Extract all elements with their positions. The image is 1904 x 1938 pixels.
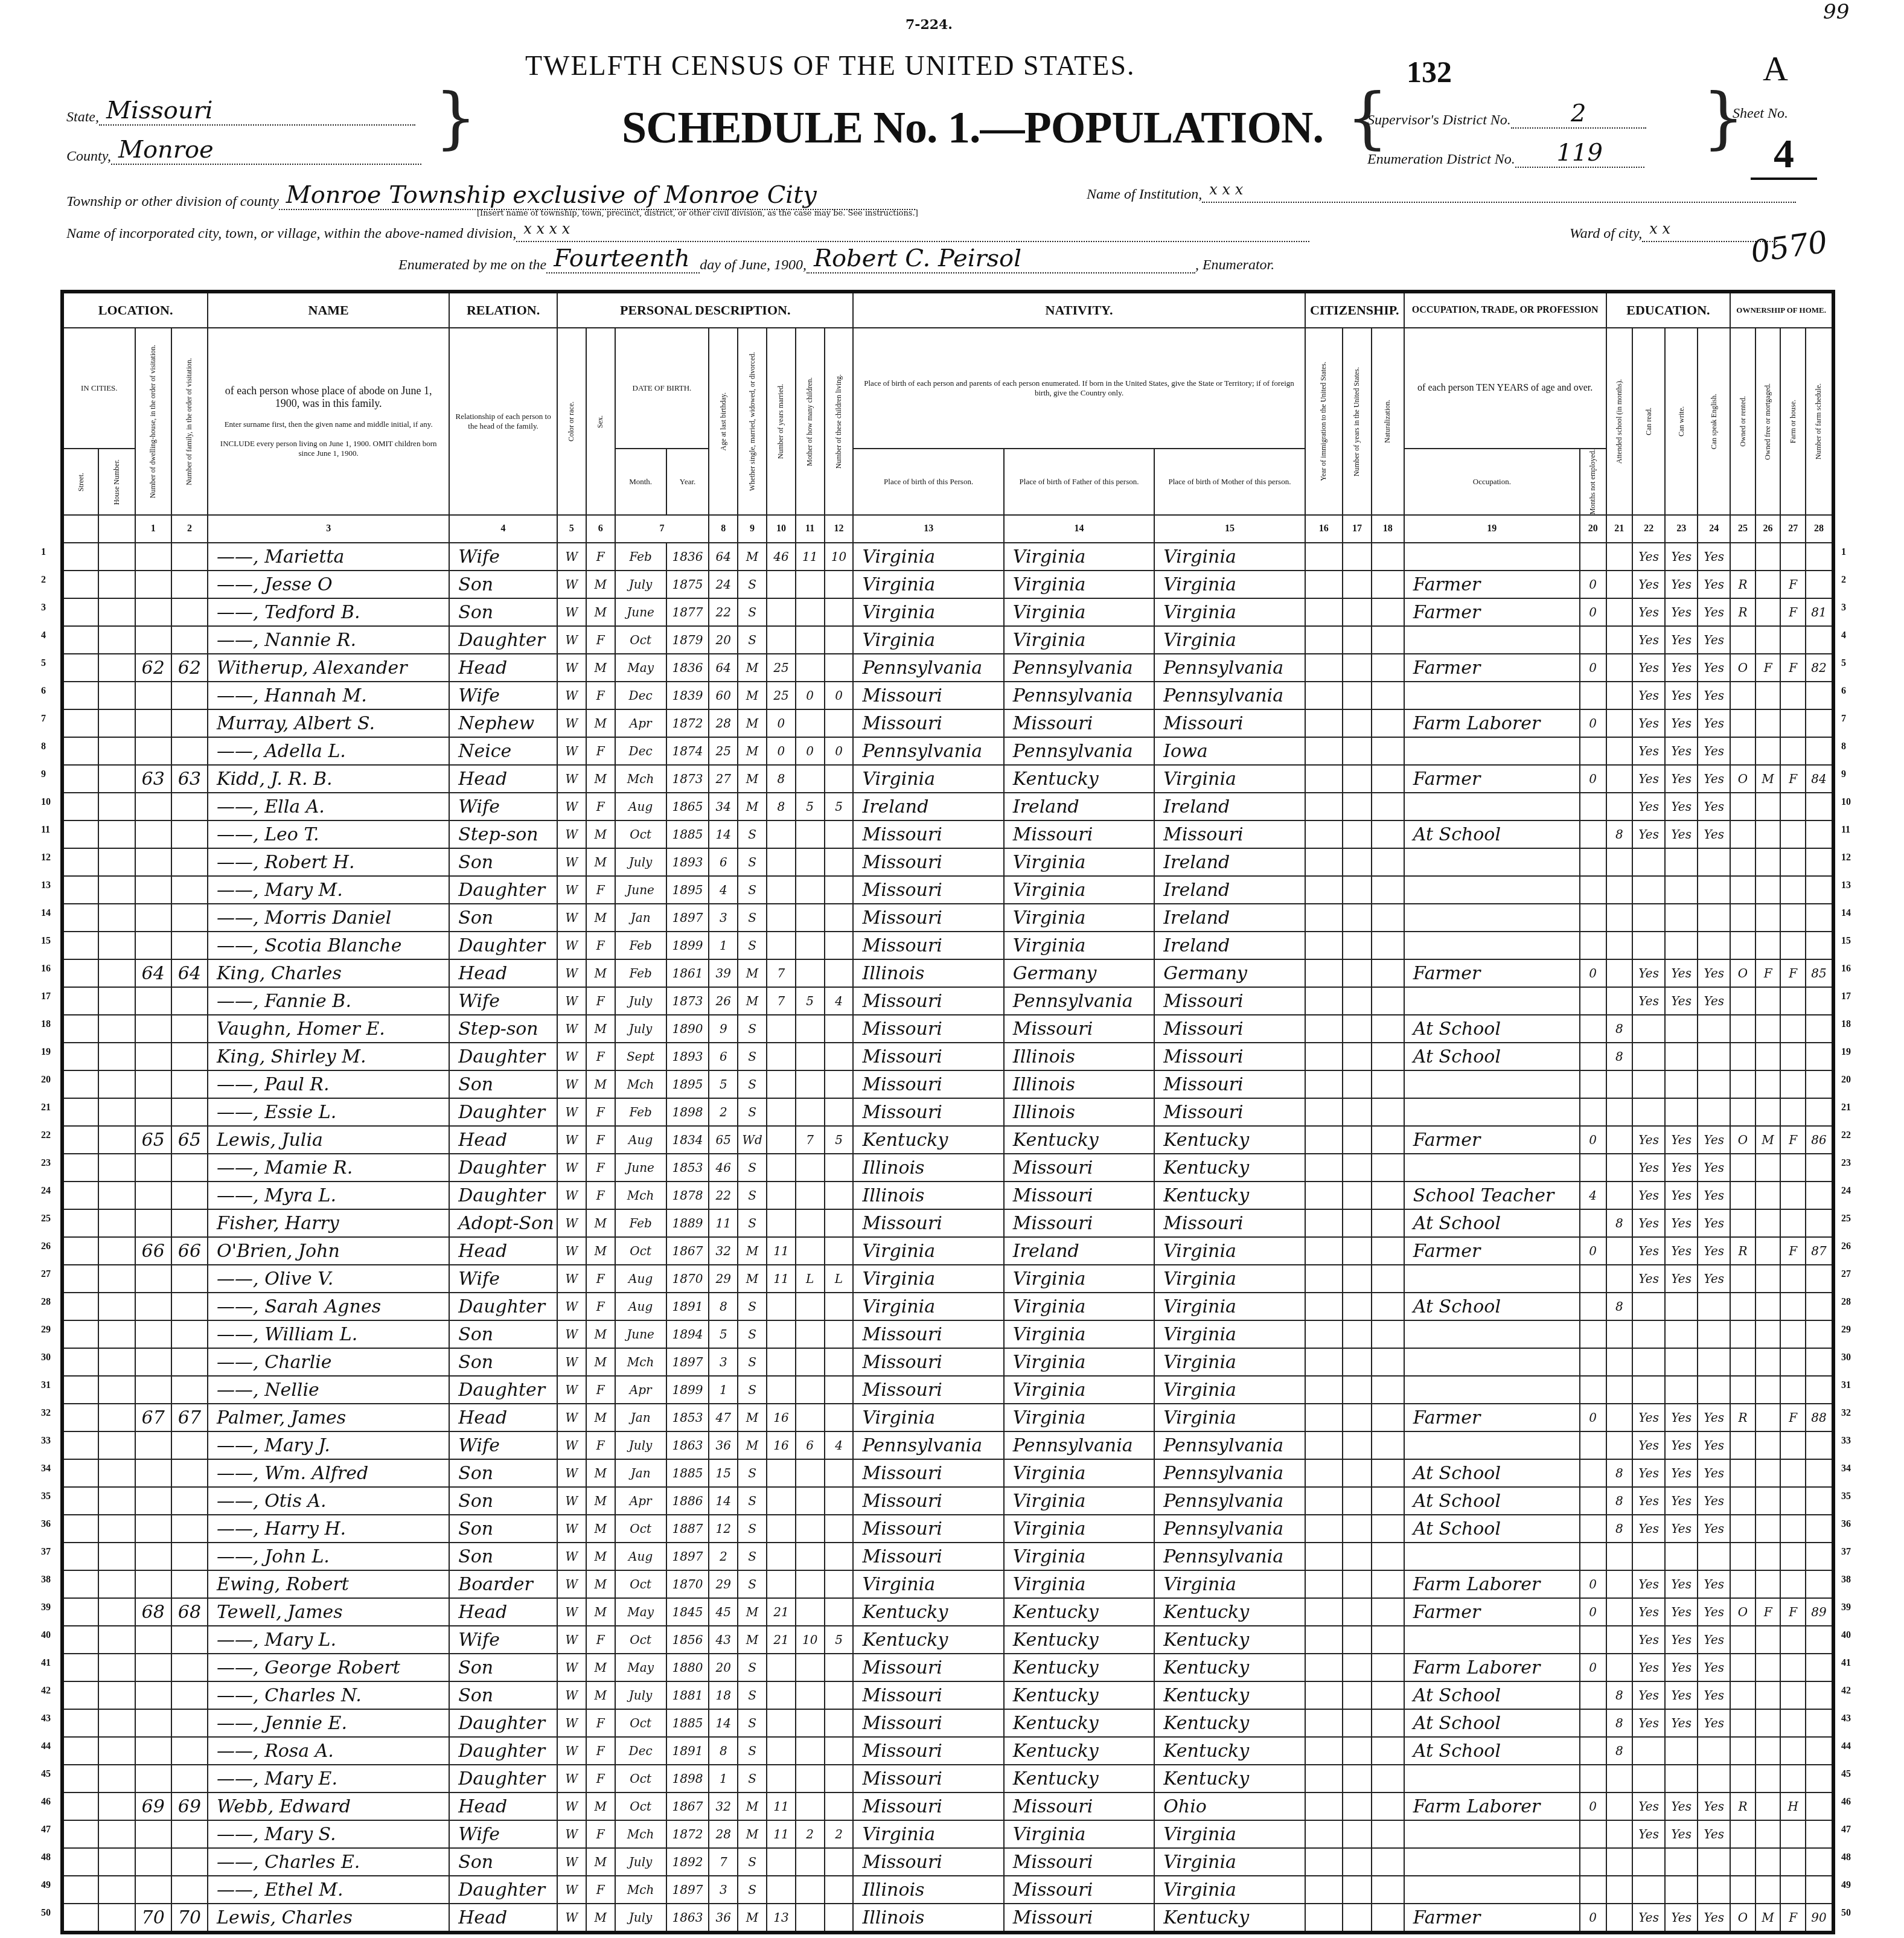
relation-cell: Head xyxy=(449,1404,557,1431)
line-number: 39 xyxy=(41,1602,51,1613)
table-row: ——, Jennie E. Daughter W F Oct 1885 14 S… xyxy=(62,1709,1833,1737)
birthplace-father-cell: Illinois xyxy=(1004,1098,1154,1126)
color-cell: W xyxy=(557,1904,586,1933)
table-row: ——, Hannah M. Wife W F Dec 1839 60 M 25 … xyxy=(62,682,1833,709)
can-write-cell: Yes xyxy=(1665,793,1698,820)
birthplace-father-cell: Virginia xyxy=(1004,848,1154,876)
age-cell: 26 xyxy=(709,987,738,1015)
farm-house-cell xyxy=(1780,1070,1806,1098)
house-number-cell xyxy=(98,1459,135,1487)
table-row: ——, Essie L. Daughter W F Feb 1898 2 S M… xyxy=(62,1098,1833,1126)
birthplace-father-cell: Pennsylvania xyxy=(1004,737,1154,765)
age-cell: 1 xyxy=(709,932,738,959)
farm-schedule-cell xyxy=(1806,1515,1833,1543)
free-mortgaged-cell xyxy=(1755,904,1781,932)
line-number: 42 xyxy=(41,1686,51,1697)
farm-house-cell xyxy=(1780,1265,1806,1293)
table-row: ——, Sarah Agnes Daughter W F Aug 1891 8 … xyxy=(62,1293,1833,1320)
marital-cell: M xyxy=(738,1792,767,1820)
months-not-employed-cell: 4 xyxy=(1580,1182,1606,1209)
can-speak-english-cell: Yes xyxy=(1698,987,1730,1015)
can-read-cell: Yes xyxy=(1632,1182,1665,1209)
birth-year-cell: 1893 xyxy=(666,848,709,876)
birth-year-cell: 1873 xyxy=(666,987,709,1015)
house-number-cell xyxy=(98,1070,135,1098)
mother-of-cell xyxy=(796,848,825,876)
free-mortgaged-cell xyxy=(1755,1570,1781,1598)
colnum: 19 xyxy=(1404,515,1580,543)
colnum: 13 xyxy=(853,515,1003,543)
color-cell: W xyxy=(557,1820,586,1848)
birthplace-mother-cell: Virginia xyxy=(1154,543,1305,571)
months-not-employed-cell xyxy=(1580,682,1606,709)
age-cell: 1 xyxy=(709,1376,738,1404)
birthplace-mother-cell: Virginia xyxy=(1154,1265,1305,1293)
marital-cell: S xyxy=(738,1709,767,1737)
birthplace-mother-cell: Pennsylvania xyxy=(1154,1515,1305,1543)
family-cell xyxy=(171,1320,208,1348)
marital-cell: M xyxy=(738,1265,767,1293)
county-field: County,Monroe xyxy=(66,136,421,165)
line-number: 30 xyxy=(41,1352,51,1363)
family-cell xyxy=(171,1098,208,1126)
colnum: 8 xyxy=(709,515,738,543)
age-cell: 60 xyxy=(709,682,738,709)
birthplace-person-cell: Kentucky xyxy=(853,1598,1003,1626)
street-cell xyxy=(62,1459,98,1487)
can-read-cell xyxy=(1632,1543,1665,1570)
house-number-cell xyxy=(98,1709,135,1737)
name-cell: ——, Jennie E. xyxy=(208,1709,449,1737)
sex-cell: M xyxy=(586,1543,615,1570)
owned-rented-cell xyxy=(1730,709,1755,737)
months-not-employed-cell: 0 xyxy=(1580,959,1606,987)
birthplace-father-cell: Pennsylvania xyxy=(1004,682,1154,709)
col-birthplace-mother: Place of birth of Mother of this person. xyxy=(1154,449,1305,515)
col-birthplace-father: Place of birth of Father of this person. xyxy=(1004,449,1154,515)
years-married-cell: 11 xyxy=(767,1265,796,1293)
color-cell: W xyxy=(557,709,586,737)
table-row: ——, Ethel M. Daughter W F Mch 1897 3 S I… xyxy=(62,1876,1833,1904)
color-cell: W xyxy=(557,1348,586,1376)
sex-cell: M xyxy=(586,1570,615,1598)
years-in-us-cell xyxy=(1343,1348,1372,1376)
years-married-cell: 21 xyxy=(767,1598,796,1626)
color-cell: W xyxy=(557,1154,586,1182)
immigration-cell xyxy=(1305,1404,1343,1431)
age-cell: 14 xyxy=(709,1487,738,1515)
birthplace-father-cell: Pennsylvania xyxy=(1004,654,1154,682)
birth-year-cell: 1865 xyxy=(666,793,709,820)
children-living-cell xyxy=(825,1182,854,1209)
birthplace-mother-cell: Missouri xyxy=(1154,1209,1305,1237)
immigration-cell xyxy=(1305,543,1343,571)
birthplace-person-cell: Illinois xyxy=(853,1904,1003,1933)
free-mortgaged-cell xyxy=(1755,1320,1781,1348)
immigration-cell xyxy=(1305,1237,1343,1265)
line-number: 11 xyxy=(1841,825,1850,836)
years-in-us-cell xyxy=(1343,959,1372,987)
col-immigration-year: Year of immigration to the United States… xyxy=(1305,328,1343,515)
line-number: 22 xyxy=(41,1130,51,1141)
school-months-cell xyxy=(1606,932,1633,959)
mother-of-cell xyxy=(796,1792,825,1820)
state-label: State, xyxy=(66,109,99,125)
school-months-cell xyxy=(1606,1376,1633,1404)
color-cell: W xyxy=(557,793,586,820)
immigration-cell xyxy=(1305,1626,1343,1654)
can-speak-english-cell: Yes xyxy=(1698,709,1730,737)
months-not-employed-cell: 0 xyxy=(1580,1904,1606,1933)
free-mortgaged-cell xyxy=(1755,1265,1781,1293)
occupation-cell xyxy=(1404,737,1580,765)
group-name: NAME xyxy=(208,292,449,328)
immigration-cell xyxy=(1305,1876,1343,1904)
owned-rented-cell: O xyxy=(1730,959,1755,987)
marital-cell: S xyxy=(738,1487,767,1515)
house-number-cell xyxy=(98,1126,135,1154)
sex-cell: F xyxy=(586,793,615,820)
line-number: 15 xyxy=(41,936,51,947)
months-not-employed-cell xyxy=(1580,1043,1606,1070)
col-age: Age at last birthday. xyxy=(709,328,738,515)
can-speak-english-cell: Yes xyxy=(1698,959,1730,987)
years-married-cell xyxy=(767,1154,796,1182)
months-not-employed-cell xyxy=(1580,1737,1606,1765)
table-row: ——, Tedford B. Son W M June 1877 22 S Vi… xyxy=(62,598,1833,626)
marital-cell: S xyxy=(738,1737,767,1765)
color-cell: W xyxy=(557,820,586,848)
relation-cell: Head xyxy=(449,1792,557,1820)
occupation-cell: At School xyxy=(1404,1043,1580,1070)
years-in-us-cell xyxy=(1343,1265,1372,1293)
birthplace-person-cell: Missouri xyxy=(853,1737,1003,1765)
months-not-employed-cell: 0 xyxy=(1580,1404,1606,1431)
line-number: 12 xyxy=(1841,852,1851,863)
line-number: 16 xyxy=(41,964,51,974)
occupation-cell xyxy=(1404,1848,1580,1876)
birthplace-person-cell: Missouri xyxy=(853,1515,1003,1543)
immigration-cell xyxy=(1305,1543,1343,1570)
birth-year-cell: 1870 xyxy=(666,1570,709,1598)
line-number: 47 xyxy=(41,1824,51,1835)
children-living-cell xyxy=(825,1459,854,1487)
line-number: 11 xyxy=(41,825,50,836)
occupation-cell xyxy=(1404,1348,1580,1376)
line-number: 14 xyxy=(1841,908,1851,919)
color-cell: W xyxy=(557,1598,586,1626)
color-cell: W xyxy=(557,1543,586,1570)
relation-cell: Son xyxy=(449,571,557,598)
naturalization-cell xyxy=(1372,1015,1404,1043)
mother-of-cell xyxy=(796,1543,825,1570)
birthplace-father-cell: Kentucky xyxy=(1004,1681,1154,1709)
free-mortgaged-cell: F xyxy=(1755,1598,1781,1626)
mother-of-cell xyxy=(796,1904,825,1933)
years-married-cell xyxy=(767,1098,796,1126)
line-number: 18 xyxy=(1841,1019,1851,1030)
farm-schedule-cell xyxy=(1806,1320,1833,1348)
owned-rented-cell xyxy=(1730,793,1755,820)
birthplace-person-cell: Virginia xyxy=(853,1293,1003,1320)
free-mortgaged-cell xyxy=(1755,1709,1781,1737)
farm-schedule-cell xyxy=(1806,1765,1833,1792)
birthplace-mother-cell: Pennsylvania xyxy=(1154,1459,1305,1487)
relation-cell: Son xyxy=(449,1848,557,1876)
family-cell xyxy=(171,1709,208,1737)
birth-year-cell: 1867 xyxy=(666,1792,709,1820)
line-number: 36 xyxy=(1841,1519,1851,1530)
house-number-cell xyxy=(98,932,135,959)
farm-schedule-cell xyxy=(1806,1543,1833,1570)
color-cell: W xyxy=(557,1515,586,1543)
can-write-cell: Yes xyxy=(1665,1626,1698,1654)
birthplace-father-cell: Kentucky xyxy=(1004,1765,1154,1792)
birthplace-person-cell: Missouri xyxy=(853,1459,1003,1487)
free-mortgaged-cell xyxy=(1755,1182,1781,1209)
sex-cell: F xyxy=(586,1126,615,1154)
line-number: 29 xyxy=(1841,1325,1851,1335)
can-speak-english-cell: Yes xyxy=(1698,765,1730,793)
occupation-cell: At School xyxy=(1404,1709,1580,1737)
table-row: ——, William L. Son W M June 1894 5 S Mis… xyxy=(62,1320,1833,1348)
birth-year-cell: 1881 xyxy=(666,1681,709,1709)
birthplace-mother-cell: Virginia xyxy=(1154,1848,1305,1876)
family-cell xyxy=(171,1820,208,1848)
color-cell: W xyxy=(557,1098,586,1126)
sex-cell: M xyxy=(586,1904,615,1933)
birthplace-mother-cell: Kentucky xyxy=(1154,1598,1305,1626)
col-farm-house: Farm or house. xyxy=(1780,328,1806,515)
age-cell: 6 xyxy=(709,1043,738,1070)
years-married-cell: 8 xyxy=(767,765,796,793)
family-cell xyxy=(171,848,208,876)
farm-schedule-cell: 87 xyxy=(1806,1237,1833,1265)
immigration-cell xyxy=(1305,987,1343,1015)
birth-year-cell: 1887 xyxy=(666,1515,709,1543)
children-living-cell xyxy=(825,1043,854,1070)
years-married-cell xyxy=(767,1487,796,1515)
birth-month-cell: June xyxy=(615,1320,666,1348)
table-row: ——, Paul R. Son W M Mch 1895 5 S Missour… xyxy=(62,1070,1833,1098)
house-number-cell xyxy=(98,1598,135,1626)
birth-year-cell: 1867 xyxy=(666,1237,709,1265)
birth-month-cell: Jan xyxy=(615,904,666,932)
occupation-cell xyxy=(1404,1626,1580,1654)
naturalization-cell xyxy=(1372,1820,1404,1848)
relation-cell: Son xyxy=(449,1459,557,1487)
months-not-employed-cell xyxy=(1580,1515,1606,1543)
marital-cell: S xyxy=(738,876,767,904)
birthplace-father-cell: Kentucky xyxy=(1004,1737,1154,1765)
mother-of-cell: 0 xyxy=(796,682,825,709)
farm-schedule-cell xyxy=(1806,1820,1833,1848)
school-months-cell xyxy=(1606,543,1633,571)
name-cell: ——, Mamie R. xyxy=(208,1154,449,1182)
sex-cell: F xyxy=(586,1043,615,1070)
family-cell xyxy=(171,793,208,820)
can-speak-english-cell: Yes xyxy=(1698,1459,1730,1487)
birthplace-father-cell: Virginia xyxy=(1004,1459,1154,1487)
table-row: ——, Olive V. Wife W F Aug 1870 29 M 11 L… xyxy=(62,1265,1833,1293)
farm-house-cell xyxy=(1780,904,1806,932)
line-number: 3 xyxy=(41,603,46,613)
occupation-cell xyxy=(1404,1543,1580,1570)
institution-value: x x x xyxy=(1202,181,1796,203)
children-living-cell xyxy=(825,1904,854,1933)
birth-year-cell: 1879 xyxy=(666,626,709,654)
birthplace-father-cell: Germany xyxy=(1004,959,1154,987)
birthplace-person-cell: Virginia xyxy=(853,543,1003,571)
farm-house-cell xyxy=(1780,1570,1806,1598)
name-cell: ——, Sarah Agnes xyxy=(208,1293,449,1320)
dwelling-cell xyxy=(135,1376,171,1404)
house-number-cell xyxy=(98,848,135,876)
dwelling-cell xyxy=(135,1431,171,1459)
col-year: Year. xyxy=(666,449,709,515)
birthplace-person-cell: Ireland xyxy=(853,793,1003,820)
months-not-employed-cell: 0 xyxy=(1580,765,1606,793)
dwelling-cell xyxy=(135,1681,171,1709)
schedule-title: SCHEDULE No. 1.—POPULATION. xyxy=(622,103,1323,154)
farm-schedule-cell xyxy=(1806,848,1833,876)
marital-cell: M xyxy=(738,682,767,709)
birth-month-cell: Feb xyxy=(615,932,666,959)
school-months-cell: 8 xyxy=(1606,1709,1633,1737)
birthplace-person-cell: Missouri xyxy=(853,876,1003,904)
months-not-employed-cell xyxy=(1580,1459,1606,1487)
birthplace-father-cell: Virginia xyxy=(1004,904,1154,932)
house-number-cell xyxy=(98,1015,135,1043)
farm-schedule-cell xyxy=(1806,1043,1833,1070)
naturalization-cell xyxy=(1372,1209,1404,1237)
line-number: 26 xyxy=(1841,1241,1851,1252)
house-number-cell xyxy=(98,1848,135,1876)
immigration-cell xyxy=(1305,654,1343,682)
immigration-cell xyxy=(1305,626,1343,654)
occupation-cell: Farmer xyxy=(1404,1904,1580,1933)
colnum: 7 xyxy=(615,515,709,543)
house-number-cell xyxy=(98,1626,135,1654)
table-row: 66 66 O'Brien, John Head W M Oct 1867 32… xyxy=(62,1237,1833,1265)
age-cell: 28 xyxy=(709,709,738,737)
relation-cell: Neice xyxy=(449,737,557,765)
mother-of-cell xyxy=(796,709,825,737)
mother-of-cell xyxy=(796,1070,825,1098)
street-cell xyxy=(62,654,98,682)
immigration-cell xyxy=(1305,709,1343,737)
can-speak-english-cell xyxy=(1698,876,1730,904)
owned-rented-cell: R xyxy=(1730,1404,1755,1431)
years-in-us-cell xyxy=(1343,1598,1372,1626)
years-in-us-cell xyxy=(1343,1293,1372,1320)
farm-house-cell: F xyxy=(1780,1404,1806,1431)
line-number: 44 xyxy=(41,1741,51,1752)
can-read-cell: Yes xyxy=(1632,654,1665,682)
immigration-cell xyxy=(1305,904,1343,932)
col-naturalization: Naturalization. xyxy=(1372,328,1404,515)
farm-house-cell xyxy=(1780,820,1806,848)
children-living-cell: 5 xyxy=(825,793,854,820)
table-row: ——, Mary J. Wife W F July 1863 36 M 16 6… xyxy=(62,1431,1833,1459)
dwelling-cell xyxy=(135,1820,171,1848)
years-married-cell: 46 xyxy=(767,543,796,571)
can-read-cell: Yes xyxy=(1632,765,1665,793)
school-months-cell xyxy=(1606,1876,1633,1904)
table-row: 69 69 Webb, Edward Head W M Oct 1867 32 … xyxy=(62,1792,1833,1820)
sex-cell: F xyxy=(586,1182,615,1209)
children-living-cell xyxy=(825,1293,854,1320)
table-row: ——, Fannie B. Wife W F July 1873 26 M 7 … xyxy=(62,987,1833,1015)
months-not-employed-cell xyxy=(1580,820,1606,848)
school-months-cell xyxy=(1606,737,1633,765)
immigration-cell xyxy=(1305,932,1343,959)
house-number-cell xyxy=(98,1654,135,1681)
birthplace-person-cell: Virginia xyxy=(853,1237,1003,1265)
free-mortgaged-cell xyxy=(1755,682,1781,709)
school-months-cell xyxy=(1606,1431,1633,1459)
birth-year-cell: 1873 xyxy=(666,765,709,793)
naturalization-cell xyxy=(1372,1404,1404,1431)
house-number-cell xyxy=(98,959,135,987)
owned-rented-cell xyxy=(1730,1543,1755,1570)
marital-cell: S xyxy=(738,1765,767,1792)
house-number-cell xyxy=(98,1209,135,1237)
relation-cell: Daughter xyxy=(449,932,557,959)
occupation-cell: At School xyxy=(1404,1015,1580,1043)
house-number-cell xyxy=(98,1265,135,1293)
mother-of-cell xyxy=(796,1737,825,1765)
can-speak-english-cell: Yes xyxy=(1698,1182,1730,1209)
table-row: ——, Wm. Alfred Son W M Jan 1885 15 S Mis… xyxy=(62,1459,1833,1487)
name-cell: ——, Wm. Alfred xyxy=(208,1459,449,1487)
line-number: 21 xyxy=(41,1102,51,1113)
street-cell xyxy=(62,1654,98,1681)
marital-cell: S xyxy=(738,598,767,626)
can-speak-english-cell xyxy=(1698,1876,1730,1904)
line-number: 1 xyxy=(1841,547,1846,558)
years-in-us-cell xyxy=(1343,987,1372,1015)
years-married-cell xyxy=(767,876,796,904)
years-in-us-cell xyxy=(1343,1182,1372,1209)
age-cell: 20 xyxy=(709,626,738,654)
farm-house-cell xyxy=(1780,1293,1806,1320)
house-number-cell xyxy=(98,793,135,820)
free-mortgaged-cell xyxy=(1755,1209,1781,1237)
years-in-us-cell xyxy=(1343,709,1372,737)
can-read-cell xyxy=(1632,848,1665,876)
colnum: 25 xyxy=(1730,515,1755,543)
free-mortgaged-cell xyxy=(1755,598,1781,626)
family-cell: 66 xyxy=(171,1237,208,1265)
colnum: 17 xyxy=(1343,515,1372,543)
occupation-cell xyxy=(1404,1820,1580,1848)
birthplace-father-cell: Kentucky xyxy=(1004,1709,1154,1737)
can-speak-english-cell: Yes xyxy=(1698,1820,1730,1848)
marital-cell: S xyxy=(738,1459,767,1487)
house-number-cell xyxy=(98,1182,135,1209)
farm-schedule-cell xyxy=(1806,1459,1833,1487)
col-sex: Sex. xyxy=(586,328,615,515)
birthplace-mother-cell: Virginia xyxy=(1154,571,1305,598)
birthplace-person-cell: Missouri xyxy=(853,1543,1003,1570)
marital-cell: M xyxy=(738,1431,767,1459)
birthplace-father-cell: Virginia xyxy=(1004,1404,1154,1431)
mother-of-cell xyxy=(796,1487,825,1515)
occupation-cell xyxy=(1404,904,1580,932)
owned-rented-cell xyxy=(1730,1848,1755,1876)
name-cell: ——, Olive V. xyxy=(208,1265,449,1293)
